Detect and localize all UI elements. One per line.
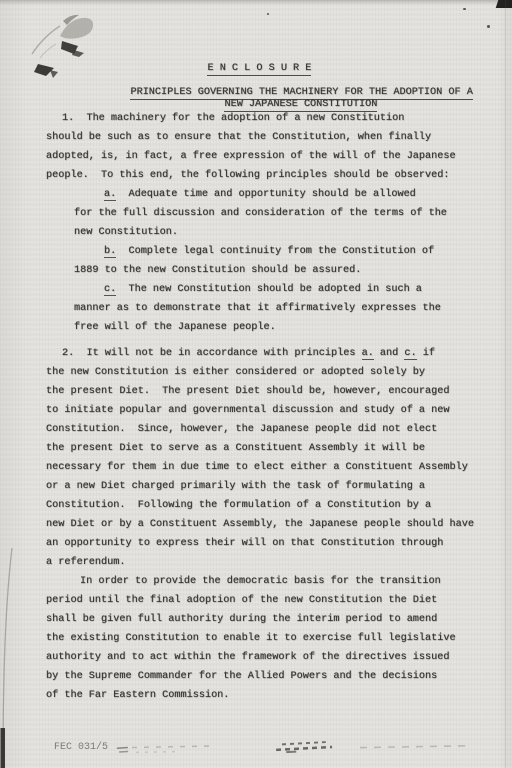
text-line: 1. The machinery for the adoption of a n… — [62, 109, 496, 128]
text-line: 1889 to the new Constitution should be a… — [74, 261, 496, 280]
text-line: authority and to act within the framewor… — [46, 648, 496, 667]
text-line: people. To this end, the following princ… — [46, 166, 496, 185]
text-line: Constitution. Since, however, the Japane… — [46, 420, 496, 439]
ink-blot-mark — [16, 6, 108, 90]
text-line: period until the final adoption of the n… — [46, 591, 496, 610]
text-line: free will of the Japanese people. — [74, 318, 496, 337]
text-line: adopted, is, in fact, a free expression … — [46, 147, 496, 166]
page-right-fold-line — [505, 0, 506, 768]
text-line: a referendum. — [46, 553, 496, 572]
text-line: shall be given full authority during the… — [46, 610, 496, 629]
dust-speck — [267, 13, 269, 15]
enclosure-heading-text: E N C L O S U R E — [207, 63, 311, 76]
dust-speck — [463, 8, 466, 10]
document-lines: 1. The machinery for the adoption of a n… — [46, 109, 496, 705]
text-line: the new Constitution is either considere… — [46, 363, 496, 382]
dust-speck — [487, 25, 490, 28]
text-line: of the Far Eastern Commission. — [46, 686, 496, 705]
smudge-mark — [117, 747, 130, 754]
text-line: new Diet or by a Constituent Assembly, t… — [46, 515, 496, 534]
text-line: an opportunity to express their will on … — [46, 534, 496, 553]
text-line: 2. It will not be in accordance with pri… — [62, 344, 496, 363]
text-line: for the full discussion and consideratio… — [74, 204, 496, 223]
scan-corner-mark — [496, 0, 512, 8]
text-line: c. The new Constitution should be adopte… — [104, 280, 496, 299]
scanned-document-page: E N C L O S U R E PRINCIPLES GOVERNING T… — [0, 0, 512, 768]
text-line: manner as to demonstrate that it affirma… — [74, 299, 496, 318]
text-line: the existing Constitution to enable it t… — [46, 629, 496, 648]
text-line: necessary for them in due time to elect … — [46, 458, 496, 477]
text-line: In order to provide the democratic basis… — [80, 572, 496, 591]
text-line: to initiate popular and governmental dis… — [46, 401, 496, 420]
text-line: should be such as to ensure that the Con… — [46, 128, 496, 147]
text-line: a. Adequate time and opportunity should … — [104, 185, 496, 204]
text-line: Constitution. Following the formulation … — [46, 496, 496, 515]
smudge-mark — [360, 745, 466, 750]
scan-top-edge-shadow — [0, 0, 512, 5]
text-line: the present Diet. The present Diet shoul… — [46, 382, 496, 401]
smudge-mark — [276, 738, 341, 754]
text-line: or a new Diet charged primarily with the… — [46, 477, 496, 496]
text-line: the present Diet to serve as a Constitue… — [46, 439, 496, 458]
text-line: new Constitution. — [74, 223, 496, 242]
text-line: b. Complete legal continuity from the Co… — [104, 242, 496, 261]
document-reference-number: FEC 031/5 — [54, 742, 108, 753]
page-curl-shadow — [0, 548, 16, 768]
smudge-mark — [132, 744, 214, 753]
text-line: by the Supreme Commander for the Allied … — [46, 667, 496, 686]
